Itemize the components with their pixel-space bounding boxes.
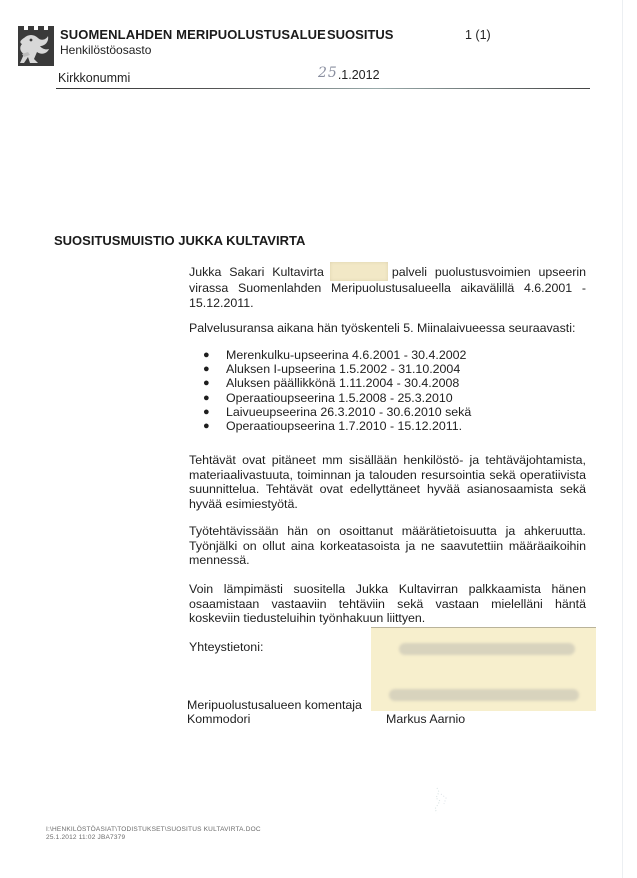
redacted-contact-info — [399, 643, 575, 655]
list-item: ●Aluksen päällikkönä 1.11.2004 - 30.4.20… — [200, 376, 471, 390]
document-type: SUOSITUS — [327, 27, 393, 42]
list-item: ●Aluksen I-upseerina 1.5.2002 - 31.10.20… — [200, 362, 471, 376]
list-item: ●Operaatioupseerina 1.7.2010 - 15.12.201… — [200, 419, 471, 433]
document-date: 25.1.2012 — [318, 67, 380, 83]
document-title: SUOSITUSMUISTIO JUKKA KULTAVIRTA — [54, 233, 305, 248]
intro-paragraph: Jukka Sakari Kultavirtapalveli puolustus… — [189, 262, 586, 310]
handwritten-day: 25 — [318, 65, 338, 81]
list-item: ●Operaatioupseerina 1.5.2008 - 25.3.2010 — [200, 391, 471, 405]
bullet-icon: ● — [203, 376, 210, 390]
list-item: ●Merenkulku-upseerina 4.6.2001 - 30.4.20… — [200, 348, 471, 362]
place: Kirkkonummi — [58, 71, 130, 85]
performance-paragraph: Työtehtävissään hän on osoittanut määrät… — [189, 524, 586, 568]
page-number: 1 (1) — [465, 28, 491, 42]
list-item: ●Laivueupseerina 26.3.2010 - 30.6.2010 s… — [200, 405, 471, 419]
file-timestamp: 25.1.2012 11:02 JBA7379 — [46, 834, 261, 842]
redacted-signature — [389, 689, 579, 701]
header-divider — [56, 88, 590, 89]
finnish-lion-coat-of-arms-icon — [16, 24, 56, 68]
bullet-icon: ● — [203, 405, 210, 419]
file-footer: I:\HENKILÖSTÖASIAT\TODISTUKSET\SUOSITUS … — [46, 826, 261, 842]
contact-label: Yhteystietoni: — [189, 640, 263, 654]
department-name: Henkilöstöosasto — [60, 43, 151, 57]
bullet-icon: ● — [203, 419, 210, 433]
coat-of-arms-logo — [16, 24, 56, 68]
faint-stamp-mark — [423, 786, 453, 816]
career-intro: Palvelusuransa aikana hän työskenteli 5.… — [189, 321, 586, 336]
redaction-note — [371, 627, 596, 711]
bullet-icon: ● — [203, 391, 210, 405]
duties-paragraph: Tehtävät ovat pitäneet mm sisällään henk… — [189, 453, 586, 511]
intro-name: Jukka Sakari Kultavirta — [189, 265, 324, 279]
scan-edge-line — [622, 0, 623, 878]
positions-list: ●Merenkulku-upseerina 4.6.2001 - 30.4.20… — [200, 348, 471, 433]
date-month-year: .1.2012 — [338, 68, 380, 82]
signatory-title: Meripuolustusalueen komentaja — [187, 698, 362, 712]
redaction-box — [330, 262, 388, 281]
signatory-rank: Kommodori — [187, 712, 250, 726]
organization-name: SUOMENLAHDEN MERIPUOLUSTUSALUE — [60, 27, 326, 42]
signatory-name: Markus Aarnio — [386, 712, 465, 726]
recommendation-paragraph: Voin lämpimästi suositella Jukka Kultavi… — [189, 582, 586, 626]
bullet-icon: ● — [203, 348, 210, 362]
file-path: I:\HENKILÖSTÖASIAT\TODISTUKSET\SUOSITUS … — [46, 826, 261, 834]
bullet-icon: ● — [203, 362, 210, 376]
